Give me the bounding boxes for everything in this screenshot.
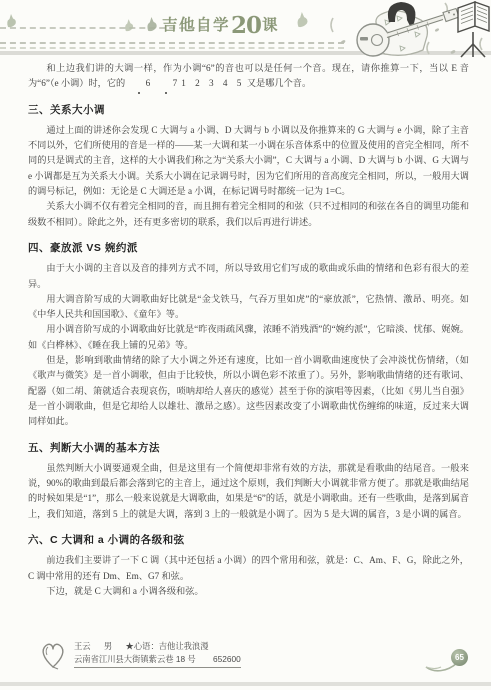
bird-icon <box>6 14 18 28</box>
owner-address: 云南省江川县大街镇紫云巷 18 号 <box>74 654 196 664</box>
page-number-badge: 65 <box>451 649 468 666</box>
body-paragraph: 用大调音阶写成的大调歌曲好比就是“金戈铁马，气吞万里如虎”的“豪放派”，它热情、… <box>28 292 469 323</box>
body-paragraph: 由于大小调的主音以及音的排列方式不同，所以导致用它们写成的歌曲或乐曲的情绪和色彩… <box>28 261 469 292</box>
bird-icon <box>296 12 310 28</box>
page-title: 吉他自学20课 <box>162 12 279 39</box>
body-paragraph: 前边我们主要讲了一下 C 调（其中还包括 a 小调）的四个常用和弦，就是：C、A… <box>28 553 469 584</box>
section-heading: 三、关系大小调 <box>28 103 469 118</box>
owner-motto: ★心语：吉他让我浪漫 <box>126 641 209 651</box>
owner-gender: 男 <box>104 641 112 651</box>
owner-line: 王云 男 ★心语：吉他让我浪漫 <box>74 640 241 653</box>
page-footer: 王云 男 ★心语：吉他让我浪漫 云南省江川县大街镇紫云巷 18 号 652600 <box>38 640 241 675</box>
body-paragraph: 用小调音阶写成的小调歌曲好比就是“昨夜雨疏风骤，浓睡不消残酒”的“婉约派”，它暗… <box>28 322 469 353</box>
section-heading: 六、C 大调和 a 小调的各级和弦 <box>28 533 469 548</box>
bird-icon <box>146 17 159 32</box>
section-heading: 五、判断大小调的基本方法 <box>28 441 469 456</box>
intro-paragraph: 和上边我们讲的大调一样，作为小调“6”的音也可以是任何一个音。现在，请你推算一下… <box>28 61 469 92</box>
body-paragraph: 但是，影响到歌曲情绪的除了大小调之外还有速度，比如一首小调歌曲速度快了会冲淡忧伤… <box>28 353 469 429</box>
title-number: 20 <box>231 12 261 39</box>
jianpu-notes: 1 2 3 4 5 <box>181 78 245 88</box>
header-dashed-line <box>0 42 344 44</box>
section-chords: 六、C 大调和 a 小调的各级和弦 前边我们主要讲了一下 C 调（其中还包括 a… <box>28 533 469 599</box>
section-relative-keys: 三、关系大小调 通过上面的讲述你会发现 C 大调与 a 小调、D 大调与 b 小… <box>28 103 469 230</box>
jianpu-low-note-7: 7 <box>154 76 177 91</box>
header-dashed-line <box>0 47 344 49</box>
owner-postcode: 652600 <box>213 654 241 664</box>
bird-icon <box>124 19 135 32</box>
owner-name: 王云 <box>74 641 91 651</box>
body-paragraph: 下边，就是 C 大调和 a 小调各级和弦。 <box>28 584 469 599</box>
jianpu-low-note-6: 6 <box>127 76 150 91</box>
body-paragraph: 关系大小调不仅有着完全相同的音，而且拥有着完全相同的和弦（只不过相同的和弦在各自… <box>28 199 469 230</box>
body-paragraph: 通过上面的讲述你会发现 C 大调与 a 小调、D 大调与 b 小调以及你推算来的… <box>28 123 469 199</box>
section-bold-vs-graceful: 四、豪放派 VS 婉约派 由于大小调的主音以及音的排列方式不同，所以导致用它们写… <box>28 241 469 430</box>
guitarist-illustration <box>325 0 491 58</box>
body-paragraph: 虽然判断大小调要通观全曲，但是这里有一个简便却非常有效的方法，那就是看歌曲的结尾… <box>28 461 469 522</box>
title-suffix: 课 <box>262 17 279 34</box>
book-page: 吉他自学20课 <box>0 0 491 690</box>
owner-address-line: 云南省江川县大街镇紫云巷 18 号 652600 <box>74 653 241 668</box>
lesson-text: 和上边我们讲的大调一样，作为小调“6”的音也可以是任何一个音。现在，请你推算一下… <box>28 61 469 599</box>
heart-icon <box>38 641 68 675</box>
section-judging-keys: 五、判断大小调的基本方法 虽然判断大小调要通观全曲，但是这里有一个简便却非常有效… <box>28 441 469 522</box>
title-prefix: 吉他自学 <box>162 17 230 34</box>
section-heading: 四、豪放派 VS 婉约派 <box>28 241 469 256</box>
owner-info: 王云 男 ★心语：吉他让我浪漫 云南省江川县大街镇紫云巷 18 号 652600 <box>74 640 241 668</box>
intro-text-after: 又是哪几个音。 <box>247 78 311 88</box>
footer-divider-band <box>0 682 491 686</box>
